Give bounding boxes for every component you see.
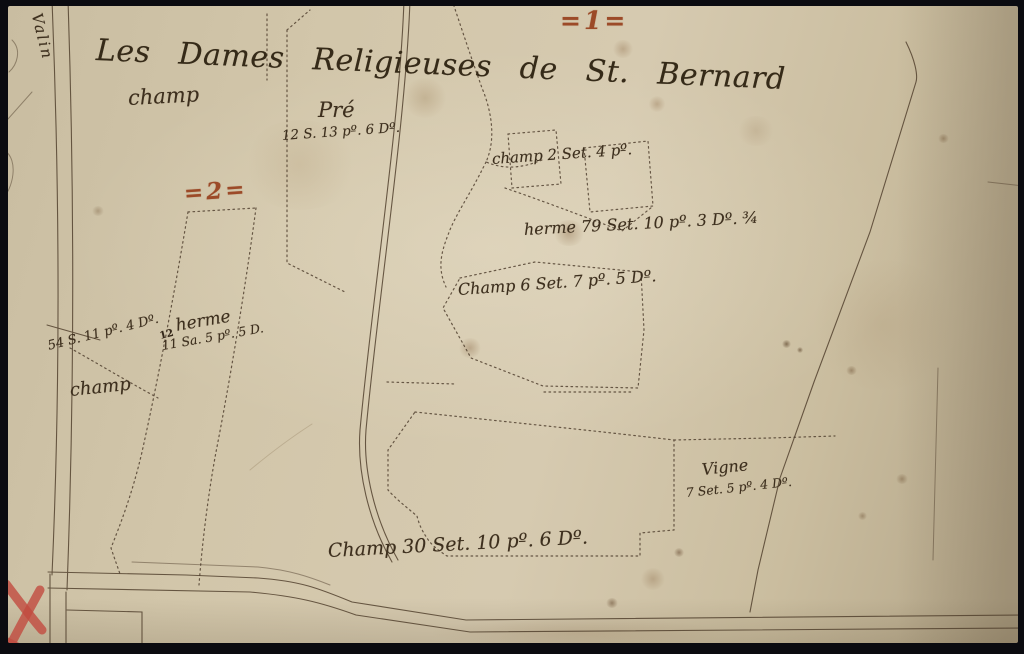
road-bottom-lower-edge bbox=[48, 588, 1018, 632]
paper-stain bbox=[736, 116, 776, 146]
corner-mark-top-left-1 bbox=[8, 92, 32, 128]
paper-stain bbox=[674, 548, 684, 557]
parcel-connector-west bbox=[441, 162, 486, 287]
parcel-label-herme79: herme 79 Set. 10 pº. 3 Dº. ¾ bbox=[524, 210, 759, 238]
parcel-area-champ54: 54 S. 11 pº. 4 Dº. bbox=[46, 313, 160, 353]
road-bend-extra-line bbox=[132, 562, 330, 585]
plan-number-2: =2= bbox=[183, 178, 248, 205]
parcel-brace-northeast bbox=[452, 6, 542, 167]
boundary-right-faint-horizontal bbox=[988, 182, 1018, 186]
lane-bottom-left-3 bbox=[67, 610, 142, 643]
parcel-vigne-north bbox=[674, 436, 835, 440]
road-valin-west-edge bbox=[52, 6, 58, 575]
parcel-area-vigne: 7 Set. 5 pº. 4 Dº. bbox=[685, 476, 792, 500]
parcel-label-champ54: champ bbox=[69, 376, 132, 400]
plan-number-1: =1= bbox=[560, 8, 628, 33]
paper-stain bbox=[648, 96, 666, 112]
road-centre-west-edge bbox=[360, 6, 404, 562]
road-bottom-upper-edge bbox=[48, 572, 1018, 620]
paper-stain bbox=[606, 598, 618, 608]
red-figure-bottom-left-3 bbox=[8, 640, 40, 643]
parcel-strip2-top bbox=[188, 208, 256, 212]
paper-stain bbox=[428, 618, 728, 643]
map-photo-frame: Les Dames Religieuses de St. Bernard Val… bbox=[0, 0, 1024, 654]
map-title: Les Dames Religieuses de St. Bernard bbox=[95, 36, 786, 95]
paper-stain bbox=[938, 134, 949, 143]
corner-mark-top-left-3 bbox=[9, 40, 18, 72]
paper-stain bbox=[92, 206, 104, 216]
fold-crease bbox=[250, 424, 312, 470]
red-figure-bottom-left-1 bbox=[8, 584, 42, 630]
paper-stain bbox=[896, 474, 908, 484]
paper-stain bbox=[808, 260, 958, 390]
paper-stain bbox=[640, 568, 666, 590]
road-centre-east-edge bbox=[366, 6, 410, 560]
parcel-label-vigne: Vigne bbox=[701, 457, 749, 478]
corner-mark-top-left-2 bbox=[8, 150, 13, 198]
red-figure-bottom-left-2 bbox=[10, 590, 40, 643]
map-paper: Les Dames Religieuses de St. Bernard Val… bbox=[8, 6, 1018, 643]
paper-stain bbox=[797, 347, 803, 353]
parcel-strip2-east bbox=[199, 208, 256, 585]
parcel-label-champ30: Champ 30 Set. 10 pº. 6 Dº. bbox=[328, 528, 589, 561]
paper-stain bbox=[858, 512, 867, 520]
boundary-right-faint-vertical bbox=[933, 368, 938, 560]
parcel-champ6-south-ext bbox=[387, 382, 634, 392]
road-valin-east-edge bbox=[67, 6, 73, 590]
parcel-area-pre: 12 S. 13 pº. 6 Dº. bbox=[282, 122, 401, 144]
road-label-valin: Valin bbox=[29, 12, 55, 62]
parcel-label-champ-top: champ bbox=[127, 84, 199, 109]
boundary-right-diagonal bbox=[750, 42, 917, 612]
parcel-label-champ2: champ 2 Set. 4 pº. bbox=[491, 142, 632, 167]
paper-stain bbox=[782, 340, 791, 348]
paper-stain bbox=[846, 366, 857, 375]
paper-stain bbox=[458, 338, 482, 358]
parcel-label-champ6: Champ 6 Set. 7 pº. 5 Dº. bbox=[457, 268, 656, 298]
paper-stain bbox=[402, 78, 448, 118]
parcel-label-pre: Pré bbox=[318, 100, 355, 121]
